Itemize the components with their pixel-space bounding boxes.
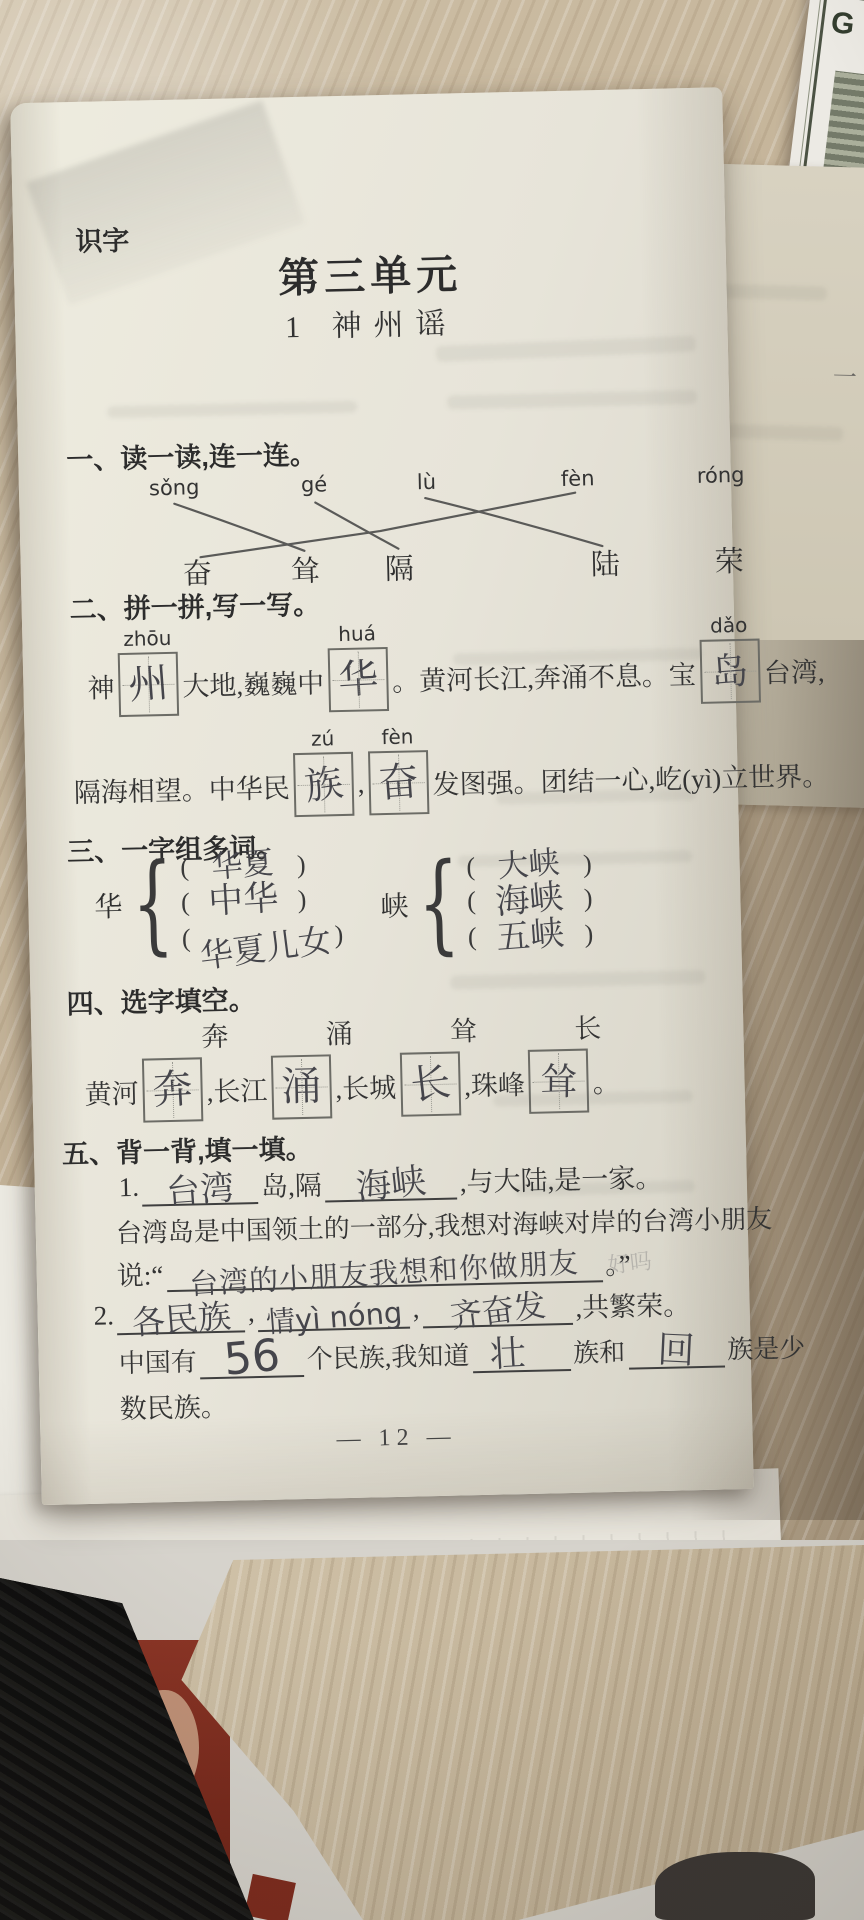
answer-row: ( 华夏 ) [180,848,342,883]
print-text: 中国有 [118,1341,197,1380]
blank-underline: 各民族 [117,1292,246,1335]
match-line [425,494,602,550]
brace: { [417,854,460,952]
writing-box: 奔 [142,1057,203,1122]
base-character: 峡 [380,884,409,925]
blank-underline: 海峡 [324,1160,457,1203]
paren-open: ( [182,923,191,953]
answer-row: ( 中华 ) [181,881,343,920]
paren-close: ) [297,884,306,914]
recite-item-2-line-2: 中国有 56 个民族,我知道 壮 族和 回 族是少 [118,1326,805,1382]
handwritten-answer: 奔 [152,1069,194,1111]
handwritten-answer: 壮 [488,1336,526,1374]
print-text: 黄河 [84,1071,139,1111]
underpage-mark: 一 [832,357,857,393]
print-text: , [357,768,364,799]
fill-line: 黄河 奔 ,长江 涌 ,长城 长 ,珠峰 耸 。 [84,1048,621,1124]
print-text: 台湾, [763,650,825,690]
handwritten-answer: 族 [302,763,345,806]
handwritten-answer: 奋 [377,761,420,804]
blank-underline: 情yì nóng [257,1289,410,1332]
answer-rows: ( 大峡 ) ( 海峡 ) ( 五峡 ) [466,848,594,954]
paren-close: ) [297,849,306,879]
handwritten-word: 五峡 [481,915,579,956]
print-text: 个民族,我知道 [306,1335,469,1376]
handwritten-answer: 涌 [281,1067,322,1108]
red-sliver [244,1874,296,1920]
print-text: 神 [87,666,115,706]
section-2-heading: 二、拼一拼,写一写。 [69,582,320,627]
print-text: 。黄河长江,奔涌不息。宝 [392,652,697,698]
paren-open: ( [468,922,477,952]
writing-box: zhōu 州 [118,652,179,717]
print-text: 说:“ [116,1253,163,1293]
ink-bleedthrough [447,390,697,410]
photo-of-chinese-workbook-page: G 一 识字 第三单元 1 神州谣 一、读一读,连一连。 [0,0,864,1920]
pinyin-matching-exercise: sǒng gé lù fèn róng 奋 耸 隔 陆 荣 [49,464,707,599]
paren-open: ( [466,852,475,882]
writing-box: 涌 [271,1054,332,1119]
hanzi-option: 荣 [714,539,744,581]
answer-row: ( 五峡 ) [468,917,594,954]
pinyin-syllable: róng [697,463,745,488]
dark-reflection-blob [655,1852,815,1920]
pinyin-label: zhōu [109,626,186,652]
answer-row: ( 华夏儿女 ) [182,918,344,955]
print-text: ,与大陆,是一家。 [459,1155,662,1199]
paren-close: ) [583,849,592,879]
blank-underline: 壮 [472,1331,571,1373]
print-text: ,珠峰 [464,1062,526,1102]
paren-close: ) [583,883,592,913]
blank-underline: 齐奋发 [422,1285,573,1328]
blank-underline: 台湾的小朋友我想和你做朋友 好吗 [166,1242,603,1292]
print-text: 族是少 [727,1327,806,1366]
answer-row: ( 大峡 ) [466,848,592,882]
blank-underline: 回 [628,1328,725,1370]
item-number: 1. [118,1171,139,1202]
bank-word: 长 [574,1006,602,1046]
print-text: 大地,巍巍中 [182,661,325,703]
match-line [315,501,398,551]
handwritten-answer: 岛 [710,651,750,691]
writing-box: fèn 奋 [368,750,429,815]
writing-box: dǎo 岛 [699,639,760,704]
pinyin-syllable: lù [417,470,437,494]
print-text: 隔海相望。中华民 [73,766,290,810]
brace: { [131,855,174,953]
word-building-group: 华 { ( 华夏 ) ( 中华 ) ( 华夏儿女 ) [93,848,343,957]
handwritten-word: 华夏儿女 [199,923,334,973]
pinyin-syllable: gé [301,472,328,497]
handwritten-answer: 海峡 [354,1164,427,1206]
handwritten-answer: 台湾 [165,1171,235,1210]
bank-word: 耸 [450,1009,478,1049]
card-letter: G [829,6,856,43]
handwritten-answer: 回 [657,1331,696,1370]
fill-line: 神 zhōu 州 大地,巍巍中 huá 华 。黄河长江,奔涌不息。宝 dǎo 岛… [87,637,826,718]
print-text: , [248,1297,255,1328]
print-text: ,共繁荣。 [575,1283,691,1325]
print-text: 族和 [573,1331,626,1369]
word-bank: 奔 涌 耸 长 [201,1006,602,1054]
print-text: 。 [592,1060,620,1100]
paren-close: ) [584,919,593,949]
handwritten-answer: 齐奋发 [448,1289,547,1333]
writing-box: huá 华 [327,647,388,712]
faint-erased-handwriting: 好吗 [607,1244,654,1280]
bank-word: 奔 [201,1015,229,1055]
paren-open: ( [467,886,476,916]
word-building-group: 峡 { ( 大峡 ) ( 海峡 ) ( 五峡 ) [379,848,593,956]
writing-box: 耸 [528,1049,589,1114]
writing-box: zú 族 [293,752,354,817]
answer-row: ( 海峡 ) [467,881,593,918]
print-text: 数民族。 [119,1385,228,1426]
paren-close: ) [334,920,343,950]
handwritten-word: 华夏 [194,847,292,885]
ink-bleedthrough [107,401,357,419]
answer-rows: ( 华夏 ) ( 中华 ) ( 华夏儿女 ) [180,848,344,955]
workbook-page: 识字 第三单元 1 神州谣 一、读一读,连一连。 sǒng gé lù fèn … [10,87,754,1505]
print-text: 发图强。团结一心,屹(yì)立世界。 [432,753,830,801]
print-text: ,长江 [206,1068,268,1108]
writing-box: 长 [399,1051,460,1116]
paren-open: ( [180,852,189,882]
pinyin-label: zú [284,726,361,752]
paren-open: ( [181,887,190,917]
blank-underline: 台湾 [142,1164,259,1207]
handwritten-answer: 长 [408,1062,452,1106]
fill-line: 隔海相望。中华民 zú 族 , fèn 奋 发图强。团结一心,屹(yì)立世界。 [73,741,830,822]
print-text: , [412,1293,419,1324]
pinyin-syllable: fèn [561,466,595,491]
base-character: 华 [94,885,123,926]
pinyin-label: fèn [359,724,436,750]
handwritten-answer: 56 [222,1334,282,1383]
floor-scene [0,1540,864,1920]
item-number: 2. [93,1300,114,1331]
pinyin-label: dǎo [690,612,767,638]
blank-underline: 56 [199,1337,304,1379]
handwritten-answer: 耸 [540,1062,577,1099]
pinyin-label: huá [319,621,396,647]
handwritten-word: 中华 [195,881,293,921]
hanzi-option: 隔 [384,546,414,588]
bank-word: 涌 [325,1012,353,1052]
section-1-heading: 一、读一读,连一连。 [66,433,317,478]
recite-item-2-line-3: 数民族。 [119,1385,228,1426]
hanzi-option: 陆 [590,542,620,584]
handwritten-answer: 情yì nóng [265,1298,403,1337]
handwritten-answer: 华 [337,659,379,701]
handwritten-answer: 州 [127,663,170,706]
print-text: 岛,隔 [261,1163,323,1203]
handwritten-answer: 各民族 [131,1299,232,1339]
print-text: ,长城 [335,1065,397,1105]
pinyin-syllable: sǒng [149,475,200,500]
ink-bleedthrough [450,970,705,990]
